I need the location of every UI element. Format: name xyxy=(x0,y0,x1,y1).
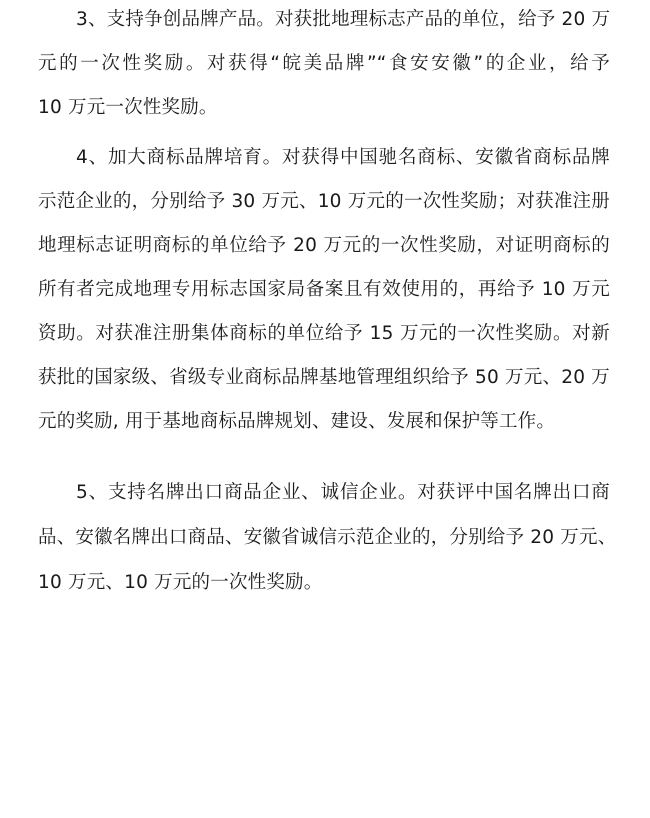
paragraph-line: 获批的国家级、省级专业商标品牌基地管理组织给予 50 万元、20 万 xyxy=(38,366,610,390)
paragraph-line: 3、支持争创品牌产品。对获批地理标志产品的单位，给予 20 万 xyxy=(76,8,610,32)
paragraph-line: 元的一次性奖励。对获得“皖美品牌”“食安安徽”的企业，给予 xyxy=(38,52,610,76)
paragraph-line: 元的奖励, 用于基地商标品牌规划、建设、发展和保护等工作。 xyxy=(38,410,610,434)
paragraph-line: 品、安徽名牌出口商品、安徽省诚信示范企业的，分别给予 20 万元、 xyxy=(38,526,610,550)
paragraph-line: 5、支持名牌出口商品企业、诚信企业。对获评中国名牌出口商 xyxy=(76,481,610,505)
paragraph-line: 地理标志证明商标的单位给予 20 万元的一次性奖励，对证明商标的 xyxy=(38,234,610,258)
paragraph-line: 10 万元一次性奖励。 xyxy=(38,96,610,120)
paragraph-line: 4、加大商标品牌培育。对获得中国驰名商标、安徽省商标品牌 xyxy=(76,146,610,170)
paragraph-line: 所有者完成地理专用标志国家局备案且有效使用的，再给予 10 万元 xyxy=(38,278,610,302)
paragraph-line: 资助。对获准注册集体商标的单位给予 15 万元的一次性奖励。对新 xyxy=(38,322,610,346)
paragraph-line: 10 万元、10 万元的一次性奖励。 xyxy=(38,571,610,595)
document-page: 3、支持争创品牌产品。对获批地理标志产品的单位，给予 20 万 元的一次性奖励。… xyxy=(0,0,650,818)
paragraph-line: 示范企业的，分别给予 30 万元、10 万元的一次性奖励；对获准注册 xyxy=(38,190,610,214)
